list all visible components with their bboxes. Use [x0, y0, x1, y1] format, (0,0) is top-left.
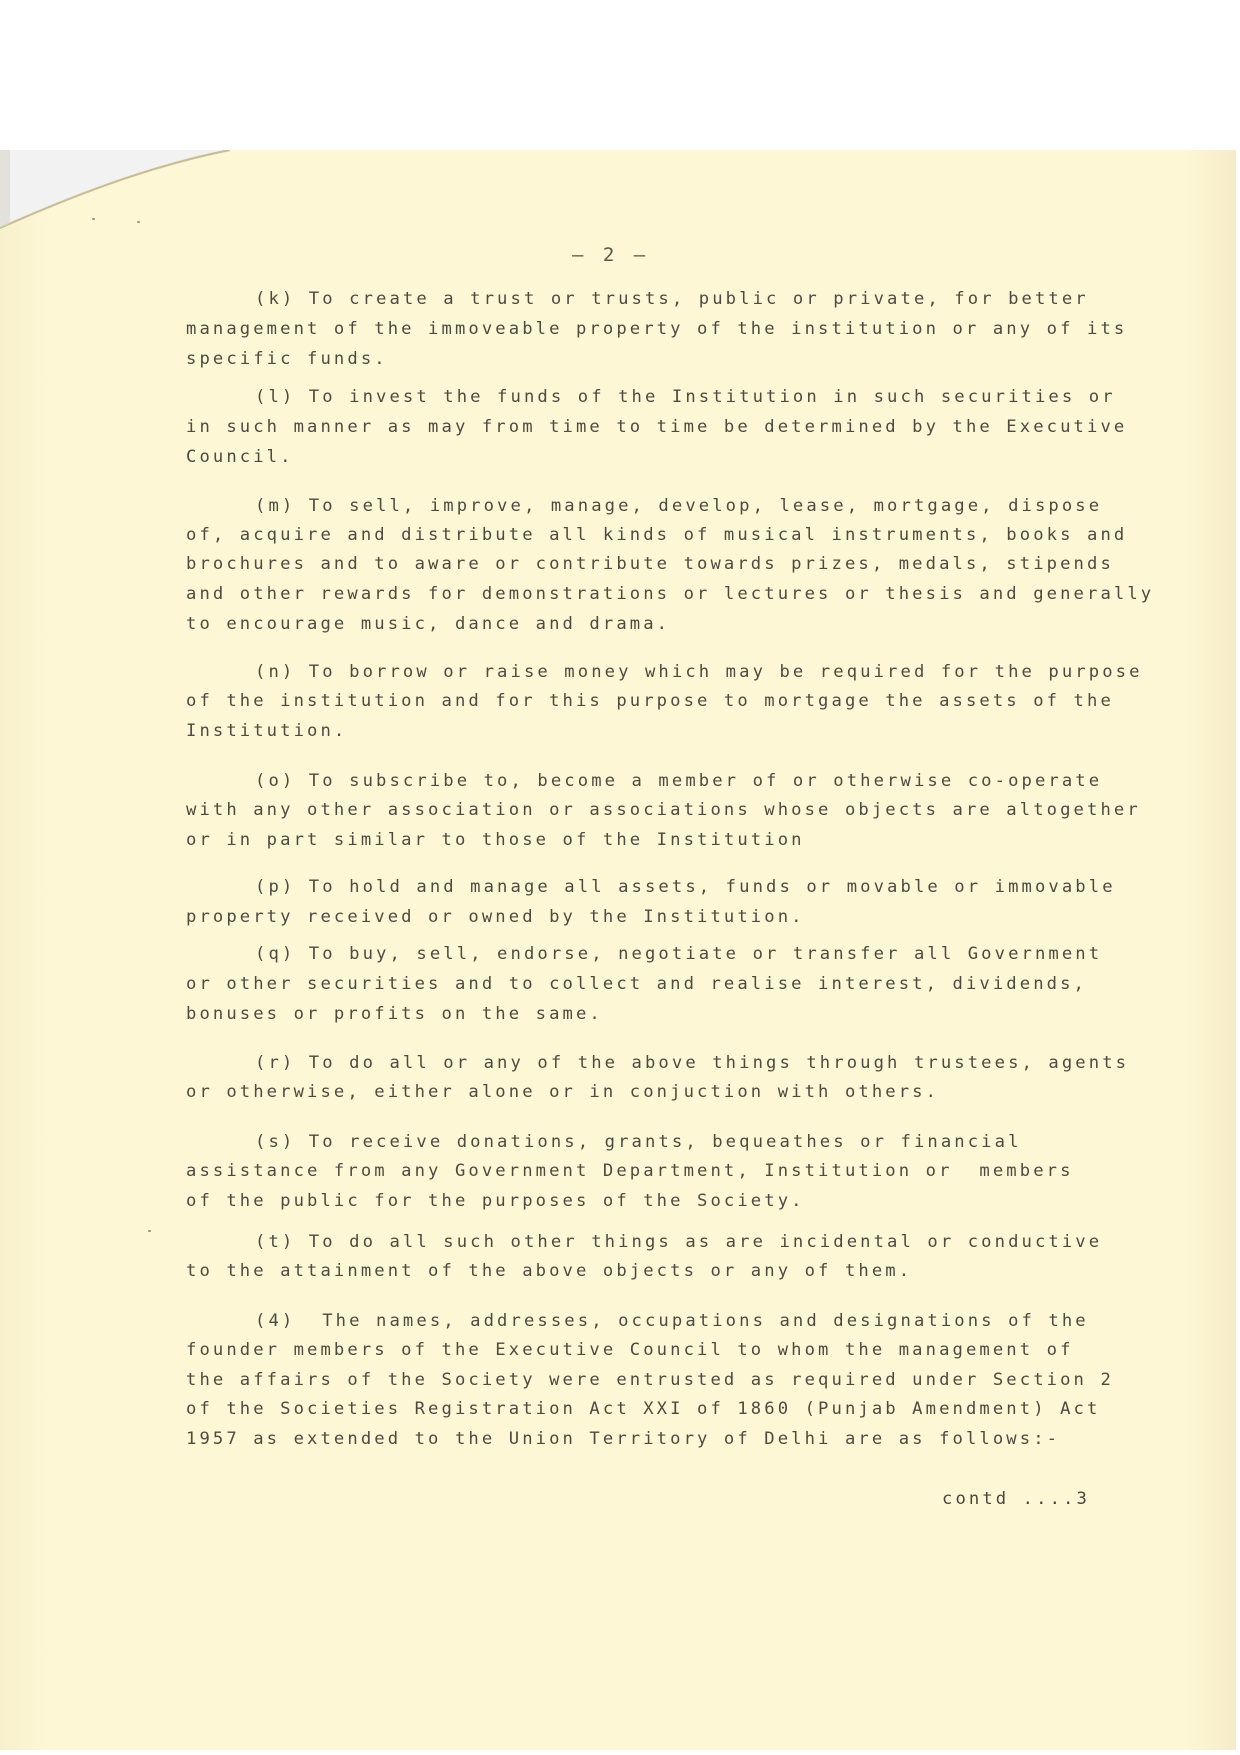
document-line: Institution.: [186, 723, 347, 740]
document-line: specific funds.: [186, 351, 388, 368]
document-line: founder members of the Executive Council…: [186, 1342, 1074, 1359]
document-line: (p) To hold and manage all assets, funds…: [255, 879, 1116, 896]
document-line: 1957 as extended to the Union Territory …: [186, 1431, 1060, 1448]
document-line: (l) To invest the funds of the Instituti…: [255, 389, 1116, 406]
document-line: (m) To sell, improve, manage, develop, l…: [255, 498, 1102, 515]
page-number: – 2 –: [572, 246, 649, 265]
document-line: brochures and to aware or contribute tow…: [186, 556, 1114, 573]
continuation-marker: contd ....3: [942, 1491, 1090, 1508]
document-line: of the public for the purposes of the So…: [186, 1193, 805, 1210]
document-line: (k) To create a trust or trusts, public …: [255, 291, 1089, 308]
document-line: of, acquire and distribute all kinds of …: [186, 527, 1127, 544]
document-line: and other rewards for demonstrations or …: [186, 586, 1154, 603]
document-line: or otherwise, either alone or in conjuct…: [186, 1084, 939, 1101]
paper-speck: [92, 218, 95, 220]
document-line: management of the immoveable property of…: [186, 321, 1127, 338]
document-line: (t) To do all such other things as are i…: [255, 1234, 1102, 1251]
paper-speck: [148, 1230, 151, 1232]
paper-speck: [137, 221, 140, 223]
document-line: to encourage music, dance and drama.: [186, 616, 670, 633]
document-line: property received or owned by the Instit…: [186, 909, 805, 926]
document-line: or in part similar to those of the Insti…: [186, 832, 805, 849]
document-line: (4) The names, addresses, occupations an…: [255, 1313, 1089, 1330]
document-line: assistance from any Government Departmen…: [186, 1163, 1074, 1180]
document-line: (n) To borrow or raise money which may b…: [255, 664, 1143, 681]
document-line: (s) To receive donations, grants, bequea…: [255, 1134, 1022, 1151]
document-line: with any other association or associatio…: [186, 802, 1141, 819]
document-line: (q) To buy, sell, endorse, negotiate or …: [255, 946, 1102, 963]
document-line: in such manner as may from time to time …: [186, 419, 1127, 436]
document-line: (r) To do all or any of the above things…: [255, 1055, 1129, 1072]
document-line: or other securities and to collect and r…: [186, 976, 1087, 993]
document-line: the affairs of the Society were entruste…: [186, 1372, 1114, 1389]
document-line: to the attainment of the above objects o…: [186, 1263, 912, 1280]
document-line: (o) To subscribe to, become a member of …: [255, 773, 1102, 790]
document-line: of the institution and for this purpose …: [186, 693, 1114, 710]
document-line: of the Societies Registration Act XXI of…: [186, 1401, 1100, 1418]
document-line: bonuses or profits on the same.: [186, 1006, 603, 1023]
document-line: Council.: [186, 449, 294, 466]
